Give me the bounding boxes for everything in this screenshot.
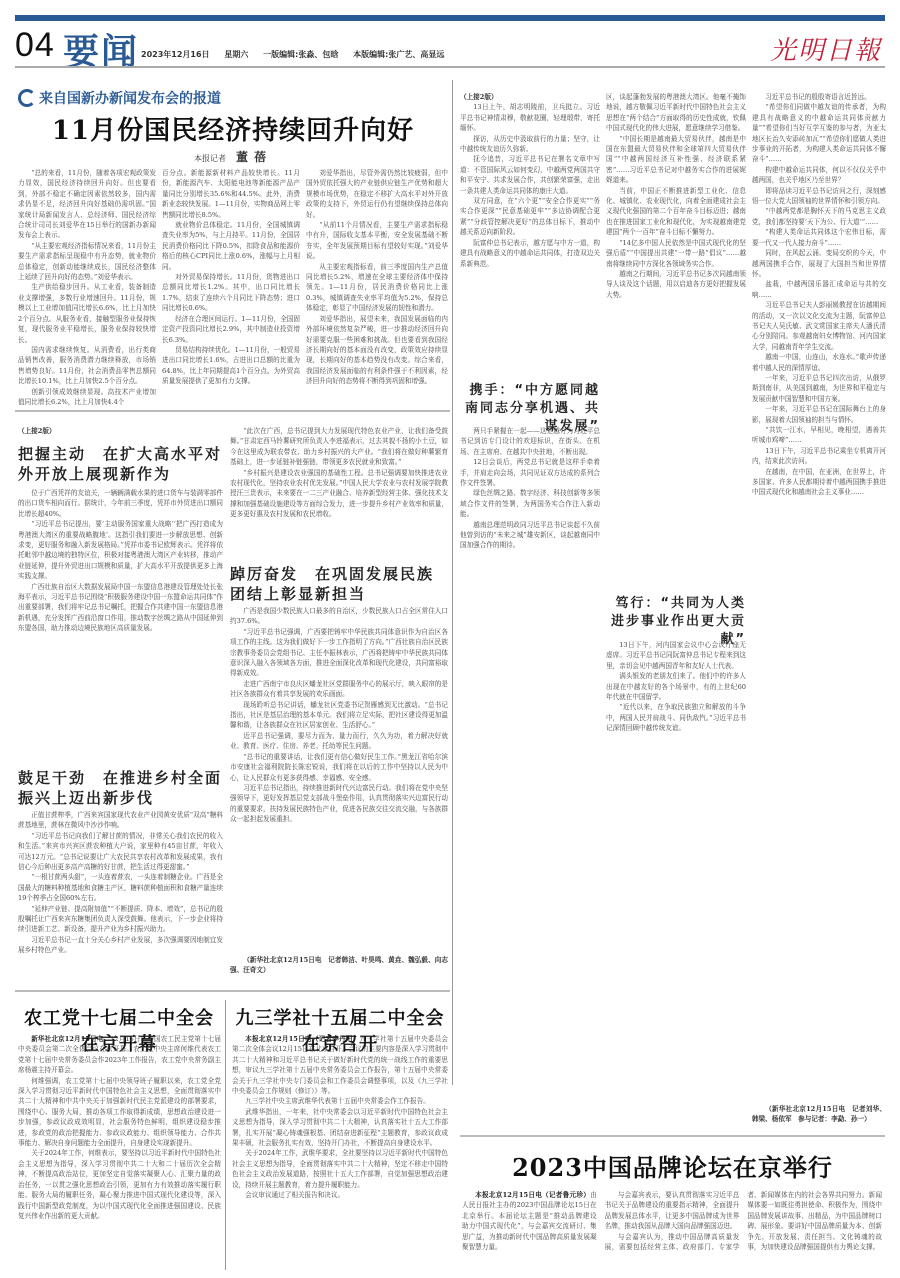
vietnam-column-2b: 13日下午，河内国家会议中心会议厅座无虚席。习近平总书记同阮富仲总书记专程来到这…: [606, 640, 746, 1125]
story-text: 位于广西凭祥的友谊关，一辆辆满载水果的进口货车与装满零部件的出口货车相向而行。据…: [18, 488, 223, 763]
column-divider: [452, 80, 453, 1085]
g-logo-icon: [18, 89, 36, 107]
subheading: 鼓足干劲 在推进乡村全面振兴上迈出新步伐: [18, 768, 223, 808]
story-text: “此次在广西，总书记提到大力发展现代特色农业产业，让我们备受鼓舞。”甘肃定西马铃…: [230, 426, 448, 561]
continued-label: （上接2版）: [18, 426, 218, 440]
jiusan-text: 本报北京12月15日电（记者李丹阳）九三学社第十五届中央委员会第二次全体会议12…: [232, 1034, 448, 1270]
story-credit: （新华社北京12月15日电 记者韩洁、叶昊鸣、黄垚、魏弘毅、向志强、汪奇文）: [230, 955, 448, 979]
lead-column-1: “总的来看，11月份，随着各项宏观政策发力显效，国民经济持续回升向好。但也要看到…: [18, 168, 156, 408]
newspaper-logo: 光明日報: [770, 30, 882, 67]
section-divider: [460, 1135, 885, 1137]
masthead-rule: [15, 66, 885, 68]
page-editors: 本版编辑:张广艺、高显远: [353, 50, 444, 59]
story-kicker: 来自国新办新闻发布会的报道: [18, 88, 221, 108]
vietnam-column-2: 区，谈起蓬勃发展的粤港澳大湾区。他毫不掩饰地说，越方敬佩习近平新时代中国特色社会…: [606, 92, 746, 612]
ngp-text: 新华社北京12月15日电 12月15日，中国农工民主党第十七届中央委员会第二次全…: [18, 1034, 221, 1270]
section-divider: [15, 990, 450, 992]
subheading: 把握主动 在扩大高水平对外开放上展现新作为: [18, 444, 223, 484]
vietnam-column-1: （上接2版） 13日上午，胡志明陵前，卫兵挺立。习近平总书记神情肃穆，敬献花圈，…: [460, 92, 600, 377]
lead-headline[interactable]: 11月份国民经济持续回升向好: [18, 110, 448, 147]
masthead-bar: [15, 15, 885, 21]
issue-date: 2023年12月16日: [141, 50, 210, 59]
story-text: 正值甘蔗榨季，广西来宾国家现代农业产业园黄安优质“双高”糖料蔗基地里，蔗林在微风…: [18, 810, 223, 988]
vietnam-column-3: 习近平总书记的殷殷寄语言近旨远。“希望你们同做中越友谊的传承者，为构建具有战略意…: [752, 92, 886, 1102]
issue-weekday: 星期六: [224, 50, 248, 59]
page-number: 04: [15, 26, 55, 65]
masthead-meta: 2023年12月16日 星期六 一版编辑:张淼、包晗 本版编辑:张广艺、高显远: [141, 49, 456, 60]
brand-headline[interactable]: 2023中国品牌论坛在京举行: [460, 1148, 885, 1183]
lead-column-3: 刘爱华指出，尽管外需仍然比较疲弱，但中国外贸依托强大的产业链供应链生产优势和超大…: [306, 168, 448, 408]
lead-byline: 本报记者董蓓: [18, 148, 448, 165]
front-page-editors: 一版编辑:张淼、包晗: [263, 50, 338, 59]
subheading: 踔厉奋发 在巩固发展民族团结上彰显新担当: [230, 564, 448, 604]
brand-text: 本报北京12月15日电（记者鲁元珍）由人民日报社主办的2023中国品牌论坛15日…: [462, 1190, 882, 1272]
vietnam-column-1b: 两只手紧握在一起——这是越方为习近平总书记到访专门设计的欢迎标识，在街头、在机场…: [460, 426, 600, 1126]
lead-column-2: 百分点。新能源新材料产品较快增长。11月份，新能源汽车、太阳能电池等新能源产品产…: [162, 168, 300, 408]
section-divider: [15, 410, 450, 412]
column-divider: [225, 1000, 226, 1270]
story-text: 广西是我国少数民族人口最多的自治区，少数民族人口占全区常住人口约37.6%。“习…: [230, 606, 448, 951]
story-credit: （新华社北京12月15日电 记者刘华、韩梁、杨依军 参与记者：李勐、孙一）: [752, 1104, 886, 1132]
